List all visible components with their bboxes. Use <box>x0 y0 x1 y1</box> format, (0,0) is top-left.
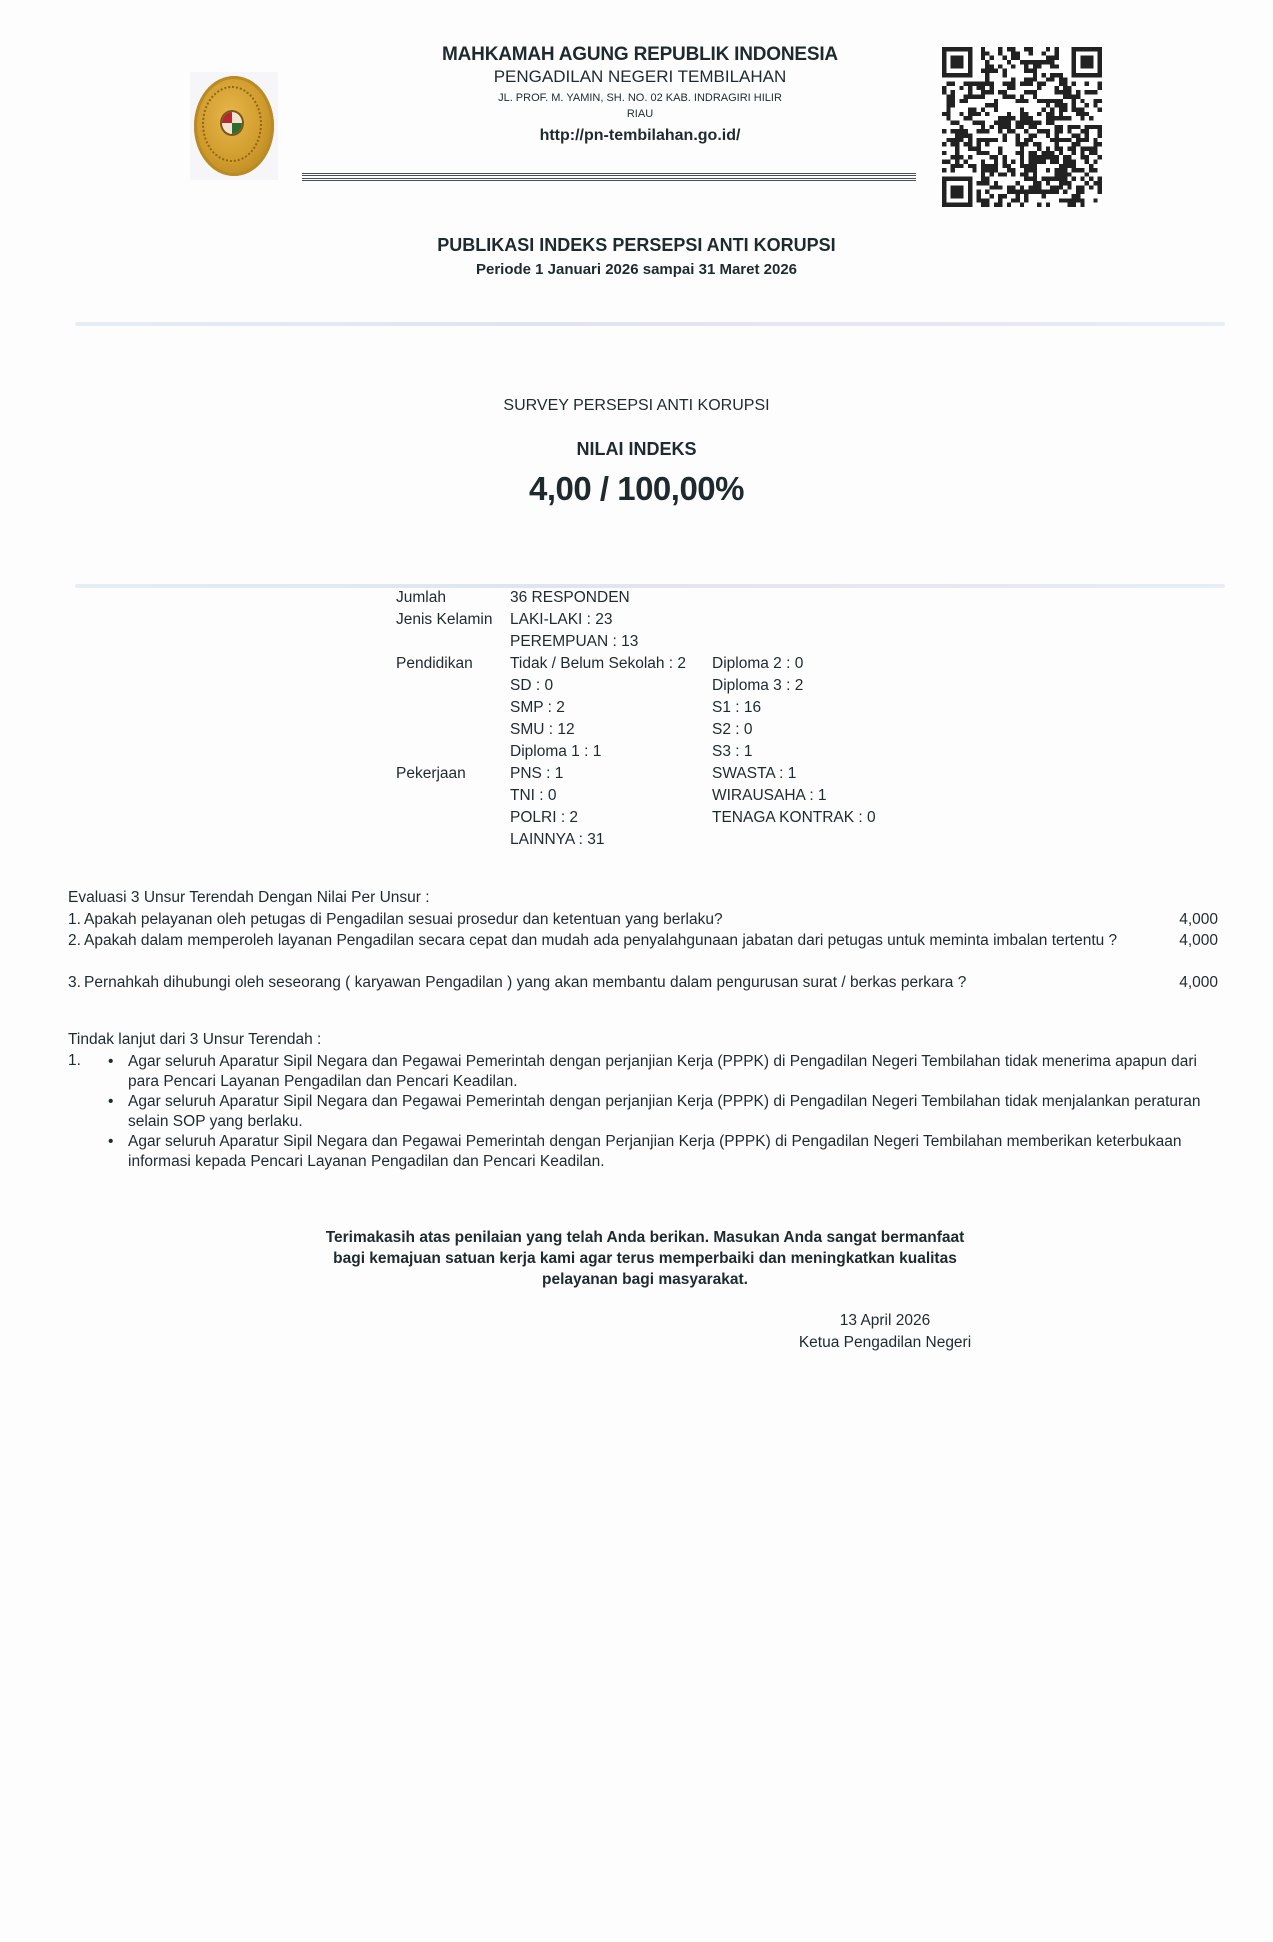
education-item: Diploma 3 : 2 <box>712 675 803 697</box>
court-logo <box>190 72 278 180</box>
website-link[interactable]: http://pn-tembilahan.go.id/ <box>300 127 980 145</box>
follow-up-text: Agar seluruh Aparatur Sipil Negara dan P… <box>128 1092 1228 1132</box>
education-item: Tidak / Belum Sekolah : 2 <box>510 653 686 675</box>
section-divider <box>75 584 1225 588</box>
total-value: 36 RESPONDEN <box>510 587 630 609</box>
court-name: PENGADILAN NEGERI TEMBILAHAN <box>300 67 980 87</box>
job-label: Pekerjaan <box>396 763 466 785</box>
address-line-2: RIAU <box>300 108 980 120</box>
index-label: NILAI INDEKS <box>0 439 1273 460</box>
survey-label: SURVEY PERSEPSI ANTI KORUPSI <box>0 397 1273 415</box>
education-item: SMP : 2 <box>510 697 565 719</box>
job-item: TNI : 0 <box>510 785 557 807</box>
thank-you-message: Terimakasih atas penilaian yang telah An… <box>320 1227 970 1290</box>
item-score: 4,000 <box>1179 973 1218 993</box>
follow-up-text: Agar seluruh Aparatur Sipil Negara dan P… <box>128 1132 1228 1172</box>
item-score: 4,000 <box>1179 931 1218 951</box>
index-value: 4,00 / 100,00% <box>0 470 1273 508</box>
job-item: POLRI : 2 <box>510 807 578 829</box>
education-item: Diploma 1 : 1 <box>510 741 601 763</box>
job-item: WIRAUSAHA : 1 <box>712 785 827 807</box>
job-item: LAINNYA : 31 <box>510 829 604 851</box>
qr-code-icon <box>942 47 1102 207</box>
item-number: 3. <box>68 973 81 993</box>
follow-up-title: Tindak lanjut dari 3 Unsur Terendah : <box>68 1030 1228 1050</box>
education-item: S1 : 16 <box>712 697 761 719</box>
publication-period: Periode 1 Januari 2026 sampai 31 Maret 2… <box>0 261 1273 278</box>
gender-label: Jenis Kelamin <box>396 609 493 631</box>
education-label: Pendidikan <box>396 653 473 675</box>
item-score: 4,000 <box>1179 910 1218 930</box>
section-divider <box>75 322 1225 326</box>
gender-female: PEREMPUAN : 13 <box>510 631 638 653</box>
signature-date: 13 April 2026 <box>760 1312 1010 1330</box>
follow-up-number: 1. <box>68 1052 81 1070</box>
education-item: SD : 0 <box>510 675 553 697</box>
evaluation-list: 1. Apakah pelayanan oleh petugas di Peng… <box>68 910 1218 990</box>
education-item: S2 : 0 <box>712 719 753 741</box>
total-label: Jumlah <box>396 587 446 609</box>
bullet-icon: • <box>108 1092 113 1112</box>
education-item: SMU : 12 <box>510 719 575 741</box>
bullet-icon: • <box>108 1052 113 1072</box>
education-item: Diploma 2 : 0 <box>712 653 803 675</box>
address-line-1: JL. PROF. M. YAMIN, SH. NO. 02 KAB. INDR… <box>300 92 980 104</box>
signatory-title: Ketua Pengadilan Negeri <box>760 1334 1010 1352</box>
follow-up-text: Agar seluruh Aparatur Sipil Negara dan P… <box>128 1052 1228 1092</box>
item-text: Pernahkah dihubungi oleh seseorang ( kar… <box>84 973 1124 993</box>
education-item: S3 : 1 <box>712 741 753 763</box>
header-divider <box>302 173 916 181</box>
bullet-icon: • <box>108 1132 113 1152</box>
item-number: 1. <box>68 910 81 930</box>
publication-title: PUBLIKASI INDEKS PERSEPSI ANTI KORUPSI <box>0 235 1273 256</box>
job-item: PNS : 1 <box>510 763 563 785</box>
evaluation-title: Evaluasi 3 Unsur Terendah Dengan Nilai P… <box>68 888 1218 908</box>
institution-name: MAHKAMAH AGUNG REPUBLIK INDONESIA <box>300 44 980 66</box>
job-item: SWASTA : 1 <box>712 763 796 785</box>
item-text: Apakah dalam memperoleh layanan Pengadil… <box>84 931 1124 951</box>
job-item: TENAGA KONTRAK : 0 <box>712 807 876 829</box>
shield-emblem-icon <box>220 110 244 136</box>
gender-male: LAKI-LAKI : 23 <box>510 609 613 631</box>
item-text: Apakah pelayanan oleh petugas di Pengadi… <box>84 910 1124 930</box>
item-number: 2. <box>68 931 81 951</box>
